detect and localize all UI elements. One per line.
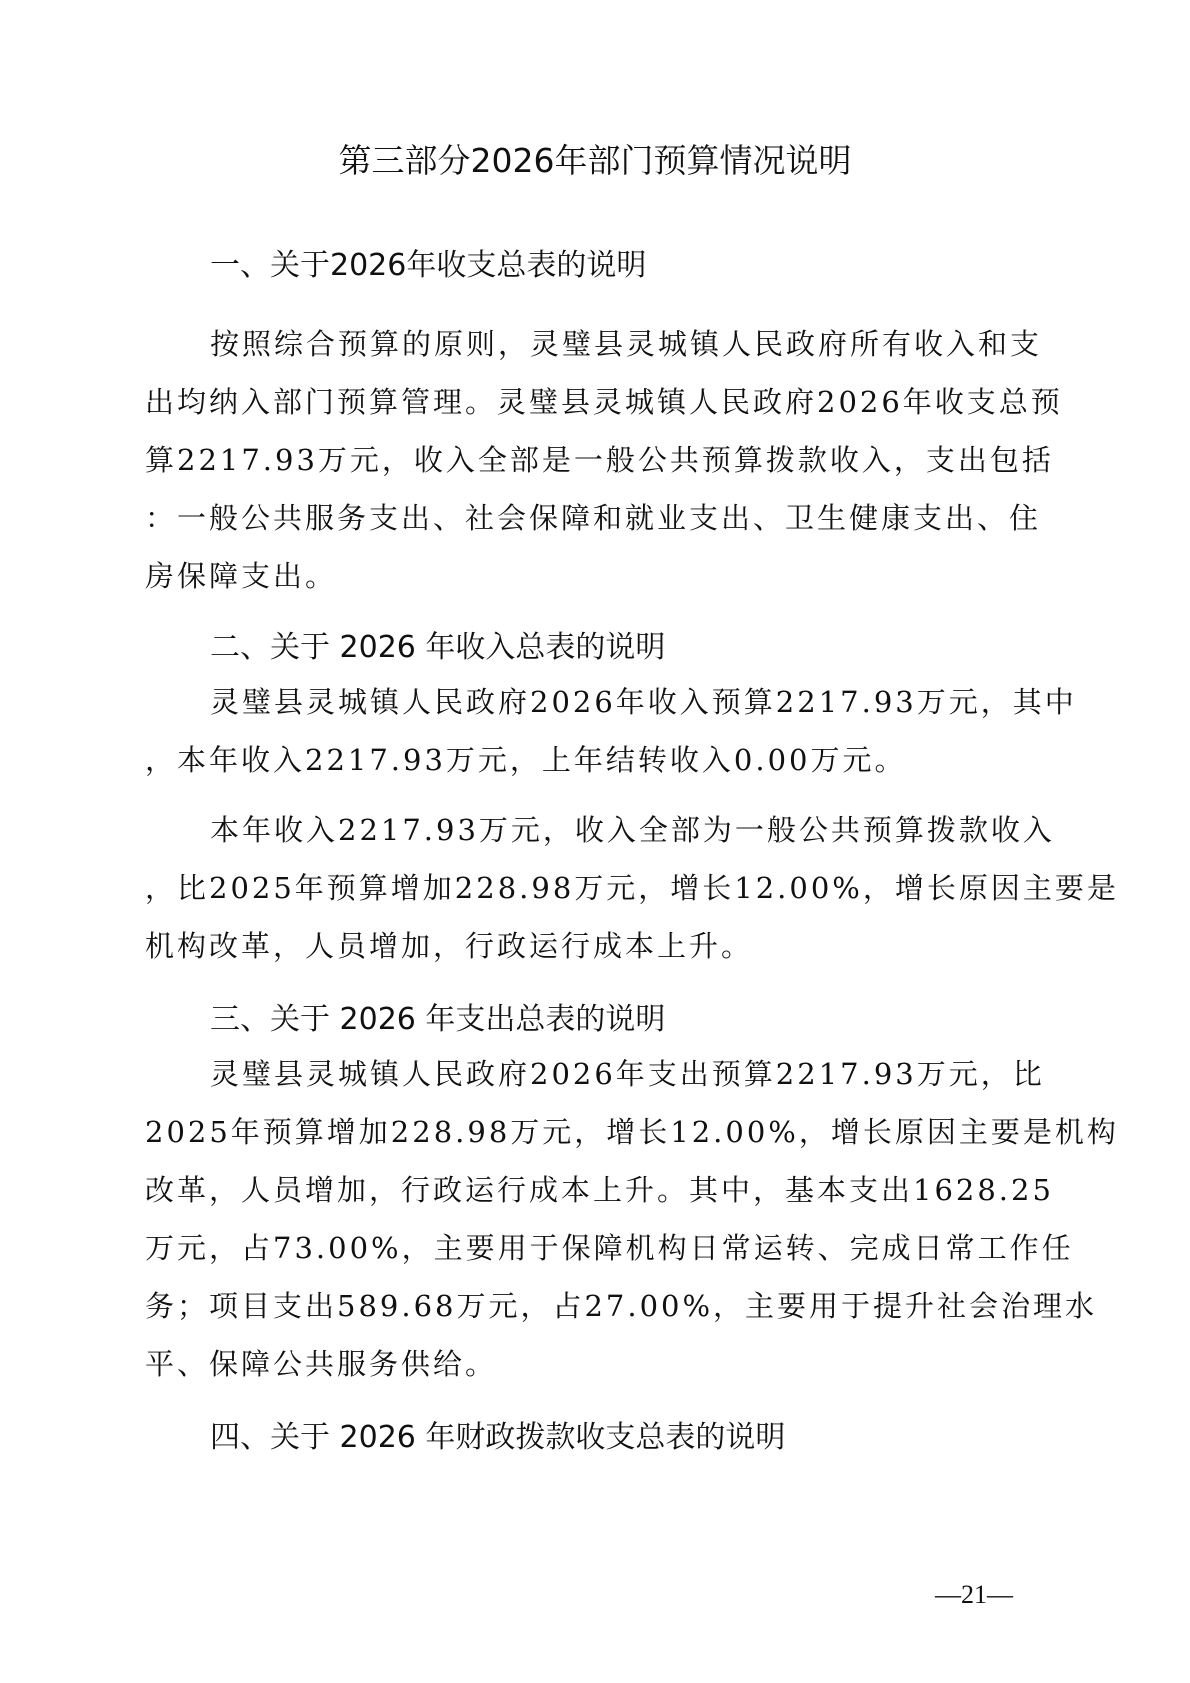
page-title: 第三部分2026年部门预算情况说明 [0, 135, 1190, 182]
paragraph-line: 改革，人员增加，行政运行成本上升。其中，基本支出1628.25 [145, 1168, 1054, 1209]
page-number: —21— [935, 1580, 1013, 1610]
paragraph-line: 算2217.93万元，收入全部是一般公共预算拨款收入，支出包括 [145, 438, 1054, 479]
paragraph-line: 本年收入2217.93万元，收入全部为一般公共预算拨款收入 [210, 808, 1055, 849]
paragraph-line: 务；项目支出589.68万元，占27.00%，主要用于提升社会治理水 [145, 1284, 1097, 1325]
paragraph-line: 灵璧县灵城镇人民政府2026年收入预算2217.93万元，其中 [210, 680, 1077, 721]
section-heading-2: 二、关于 2026 年收入总表的说明 [210, 622, 665, 666]
paragraph-line: 2025年预算增加228.98万元，增长12.00%，增长原因主要是机构 [145, 1110, 1119, 1151]
paragraph-line: ，比2025年预算增加228.98万元，增长12.00%，增长原因主要是 [145, 866, 1119, 907]
section-heading-3: 三、关于 2026 年支出总表的说明 [210, 994, 665, 1038]
paragraph-line: 平、保障公共服务供给。 [145, 1342, 497, 1383]
section-heading-4: 四、关于 2026 年财政拨款收支总表的说明 [210, 1412, 785, 1456]
paragraph-line: ：一般公共服务支出、社会保障和就业支出、卫生健康支出、住 [145, 496, 1041, 537]
paragraph-line: 房保障支出。 [145, 554, 337, 595]
paragraph-line: ，本年收入2217.93万元，上年结转收入0.00万元。 [145, 738, 907, 779]
paragraph-line: 出均纳入部门预算管理。灵璧县灵城镇人民政府2026年收支总预 [145, 380, 1063, 421]
paragraph-line: 按照综合预算的原则，灵璧县灵城镇人民政府所有收入和支 [210, 322, 1042, 363]
paragraph-line: 机构改革，人员增加，行政运行成本上升。 [145, 924, 753, 965]
paragraph-line: 灵璧县灵城镇人民政府2026年支出预算2217.93万元，比 [210, 1052, 1045, 1093]
paragraph-line: 万元，占73.00%，主要用于保障机构日常运转、完成日常工作任 [145, 1226, 1074, 1267]
section-heading-1: 一、关于2026年收支总表的说明 [210, 240, 646, 284]
